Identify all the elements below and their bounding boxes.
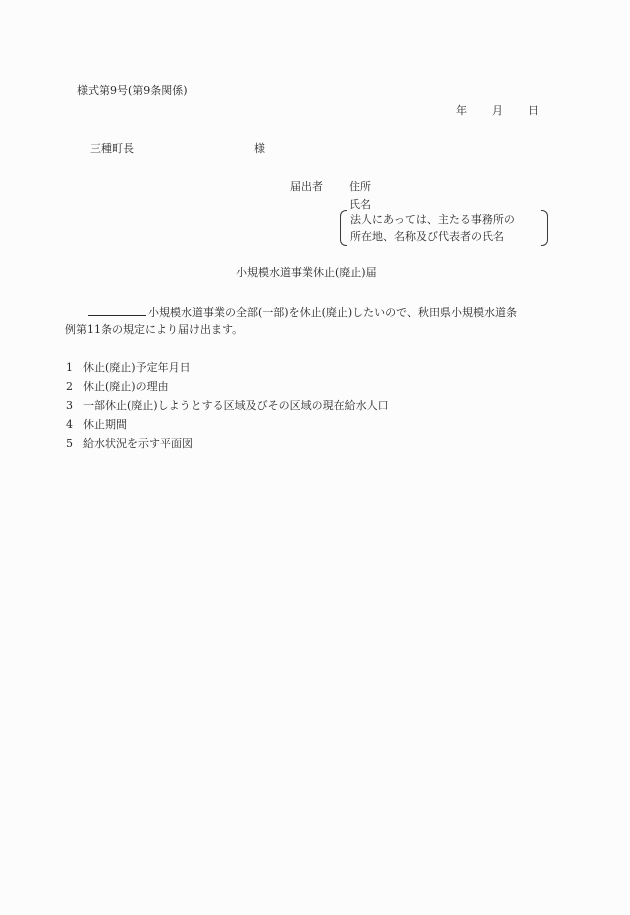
list-item-text: 休止(廃止)予定年月日 xyxy=(83,361,191,375)
list-item-text: 休止(廃止)の理由 xyxy=(83,380,169,394)
applicant-label: 届出者 xyxy=(290,180,323,194)
list-item-number: 2 xyxy=(66,380,73,394)
body-line-1: 小規模水道事業の全部(一部)を休止(廃止)したいので、秋田県小規模水道条 xyxy=(88,303,517,320)
list-item-number: 5 xyxy=(66,437,73,451)
corporate-note-line-1: 法人にあっては、主たる事務所の xyxy=(350,213,515,227)
system-name-blank xyxy=(88,303,146,316)
list-item-number: 3 xyxy=(66,399,73,413)
list-item-text: 一部休止(廃止)しようとする区域及びその区域の現在給水人口 xyxy=(83,399,389,413)
corporate-note: 法人にあっては、主たる事務所の 所在地、名称及び代表者の氏名 xyxy=(340,209,548,247)
list-item-text: 給水状況を示す平面図 xyxy=(83,437,193,451)
list-item-number: 1 xyxy=(66,361,73,375)
addressee-honorific: 様 xyxy=(254,142,265,156)
form-number: 様式第9号(第9条関係) xyxy=(77,84,188,98)
list-item-number: 4 xyxy=(66,418,73,432)
corporate-note-line-2: 所在地、名称及び代表者の氏名 xyxy=(350,230,504,244)
address-label: 住所 xyxy=(349,180,371,194)
document-title: 小規模水道事業休止(廃止)届 xyxy=(236,266,377,280)
list-item-text: 休止期間 xyxy=(83,418,127,432)
day-label: 日 xyxy=(528,104,539,118)
addressee-name: 三種町長 xyxy=(90,142,134,156)
body-line-2: 例第11条の規定により届け出ます。 xyxy=(65,323,243,337)
month-label: 月 xyxy=(492,104,503,118)
body-line-1-text: 小規模水道事業の全部(一部)を休止(廃止)したいので、秋田県小規模水道条 xyxy=(148,306,517,319)
year-label: 年 xyxy=(456,104,467,118)
left-bracket-icon xyxy=(340,210,347,246)
right-bracket-icon xyxy=(541,210,548,246)
